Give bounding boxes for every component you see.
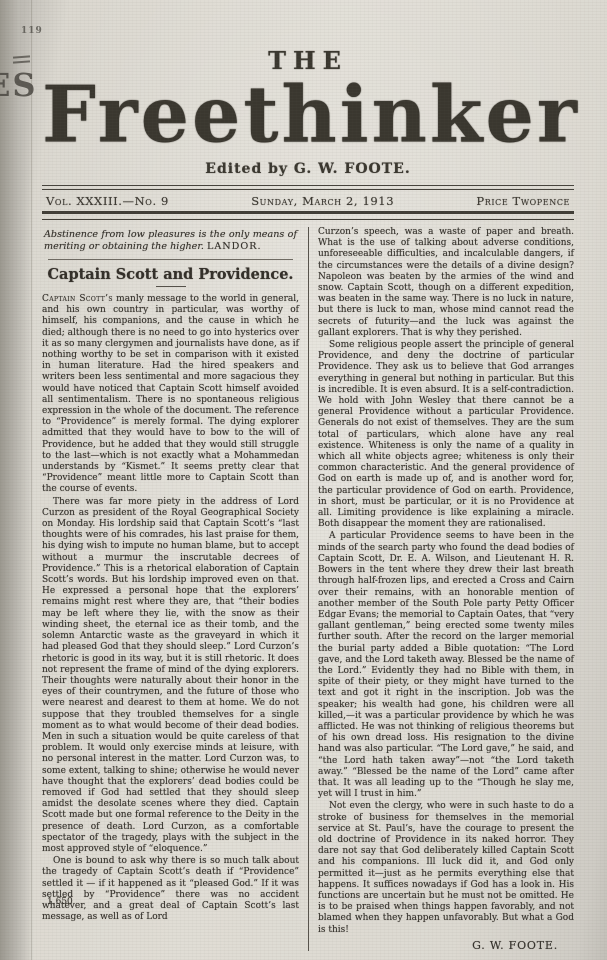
masthead-byline: Edited by G. W. FOOTE. xyxy=(42,161,574,177)
issue-bar: Vol. XXXIII.—No. 9 Sunday, March 2, 1913… xyxy=(42,190,574,211)
epigraph: Abstinence from low pleasures is the onl… xyxy=(42,227,299,253)
newspaper-page: 119 ES THE Freethinker Edited by G. W. F… xyxy=(0,0,607,960)
date-label: Sunday, March 2, 1913 xyxy=(251,194,394,208)
page-spine-shadow xyxy=(0,0,34,960)
article-paragraph: One is bound to ask why there is so much… xyxy=(42,856,299,923)
masthead: THE Freethinker Edited by G. W. FOOTE. xyxy=(42,46,574,177)
volume-label: Vol. XXXIII.—No. 9 xyxy=(46,194,169,208)
epigraph-attribution: LANDOR. xyxy=(207,241,262,252)
article-paragraph: Some religious people assert the princip… xyxy=(318,340,574,530)
edge-artifact-number: 119 xyxy=(21,26,43,36)
article-paragraph: Not even the clergy, who were in such ha… xyxy=(318,801,574,935)
title-ornament xyxy=(156,286,186,287)
paragraph-lead: Captain Scott’s xyxy=(42,294,113,304)
article-title: Captain Scott and Providence. xyxy=(42,267,299,283)
epigraph-rule xyxy=(48,259,293,260)
article-paragraph: Curzon’s speech, was a waste of paper an… xyxy=(318,227,574,339)
issue-rule xyxy=(42,211,574,220)
article-paragraph: Captain Scott’s manly message to the wor… xyxy=(42,294,299,496)
article-paragraph: There was far more piety in the address … xyxy=(42,497,299,856)
page-content: THE Freethinker Edited by G. W. FOOTE. V… xyxy=(42,46,574,951)
article-columns: Abstinence from low pleasures is the onl… xyxy=(42,227,574,951)
edge-artifact-lines xyxy=(13,56,30,66)
paragraph-text: manly message to the world in general, a… xyxy=(42,294,299,494)
right-column: Curzon’s speech, was a waste of paper an… xyxy=(308,227,574,951)
page-fold-line xyxy=(31,0,32,960)
masthead-title: Freethinker xyxy=(42,74,574,156)
price-label: Price Twopence xyxy=(476,194,570,208)
edge-artifact-letters: ES xyxy=(0,66,38,104)
article-paragraph: A particular Providence seems to have be… xyxy=(318,531,574,800)
author-signature: G. W. FOOTE. xyxy=(318,940,574,951)
page-number: 1,650 xyxy=(47,897,73,907)
left-column: Abstinence from low pleasures is the onl… xyxy=(42,227,308,951)
